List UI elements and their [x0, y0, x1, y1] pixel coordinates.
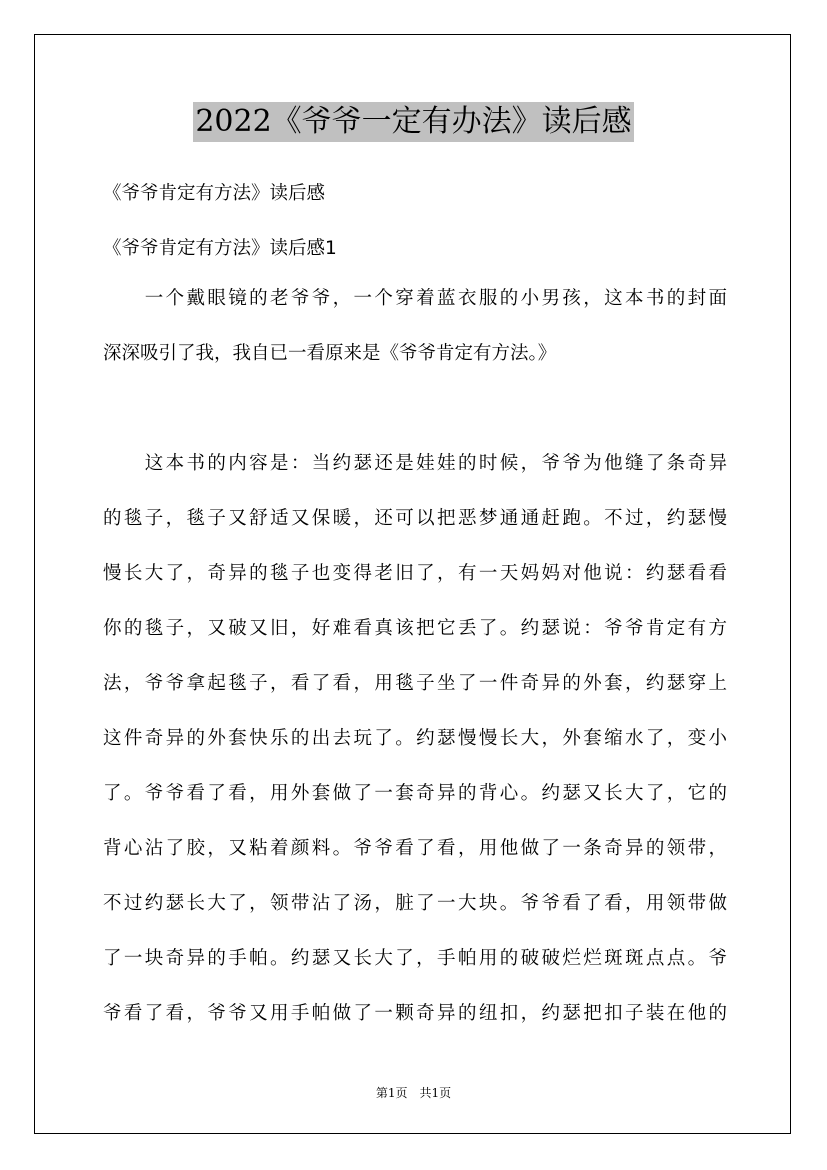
text-line: 不过约瑟长大了，领带沾了汤，脏了一大块。爷爷看了看，用领带做 [103, 893, 727, 915]
text-line: 这件奇异的外套快乐的出去玩了。约瑟慢慢长大，外套缩水了，变小 [103, 728, 727, 750]
page-footer: 第1页 共1页 [0, 1084, 827, 1101]
subtitle: 《爷爷肯定有方法》读后感 [103, 183, 325, 205]
text-line: 这本书的内容是：当约瑟还是娃娃的时候，爷爷为他缝了条奇异 [103, 453, 727, 475]
text-line: 了。爷爷看了看，用外套做了一套奇异的背心。约瑟又长大了，它的 [103, 783, 727, 805]
text-line: 慢长大了，奇异的毯子也变得老旧了，有一天妈妈对他说：约瑟看看 [103, 563, 727, 585]
text-line: 了一块奇异的手帕。约瑟又长大了，手帕用的破破烂烂斑斑点点。爷 [103, 948, 727, 970]
text-line: 深深吸引了我，我自已一看原来是《爷爷肯定有方法。》 [103, 343, 556, 365]
text-line: 一个戴眼镜的老爷爷，一个穿着蓝衣服的小男孩，这本书的封面 [103, 288, 727, 310]
section-heading: 《爷爷肯定有方法》读后感1 [103, 238, 337, 260]
text-line: 你的毯子，又破又旧，好难看真该把它丢了。约瑟说：爷爷肯定有方 [103, 618, 727, 640]
text-line: 爷看了看，爷爷又用手帕做了一颗奇异的纽扣，约瑟把扣子装在他的 [103, 1003, 727, 1025]
text-line: 背心沾了胶，又粘着颜料。爷爷看了看，用他做了一条奇异的领带， [103, 838, 727, 860]
page-indicator: 第1页 共1页 [376, 1086, 451, 1100]
text-line: 法，爷爷拿起毯子，看了看，用毯子坐了一件奇异的外套，约瑟穿上 [103, 673, 727, 695]
text-line: 的毯子，毯子又舒适又保暖，还可以把恶梦通通赶跑。不过，约瑟慢 [103, 508, 727, 530]
document-body: 《爷爷肯定有方法》读后感 《爷爷肯定有方法》读后感1 一个戴眼镜的老爷爷，一个穿… [103, 0, 727, 1170]
